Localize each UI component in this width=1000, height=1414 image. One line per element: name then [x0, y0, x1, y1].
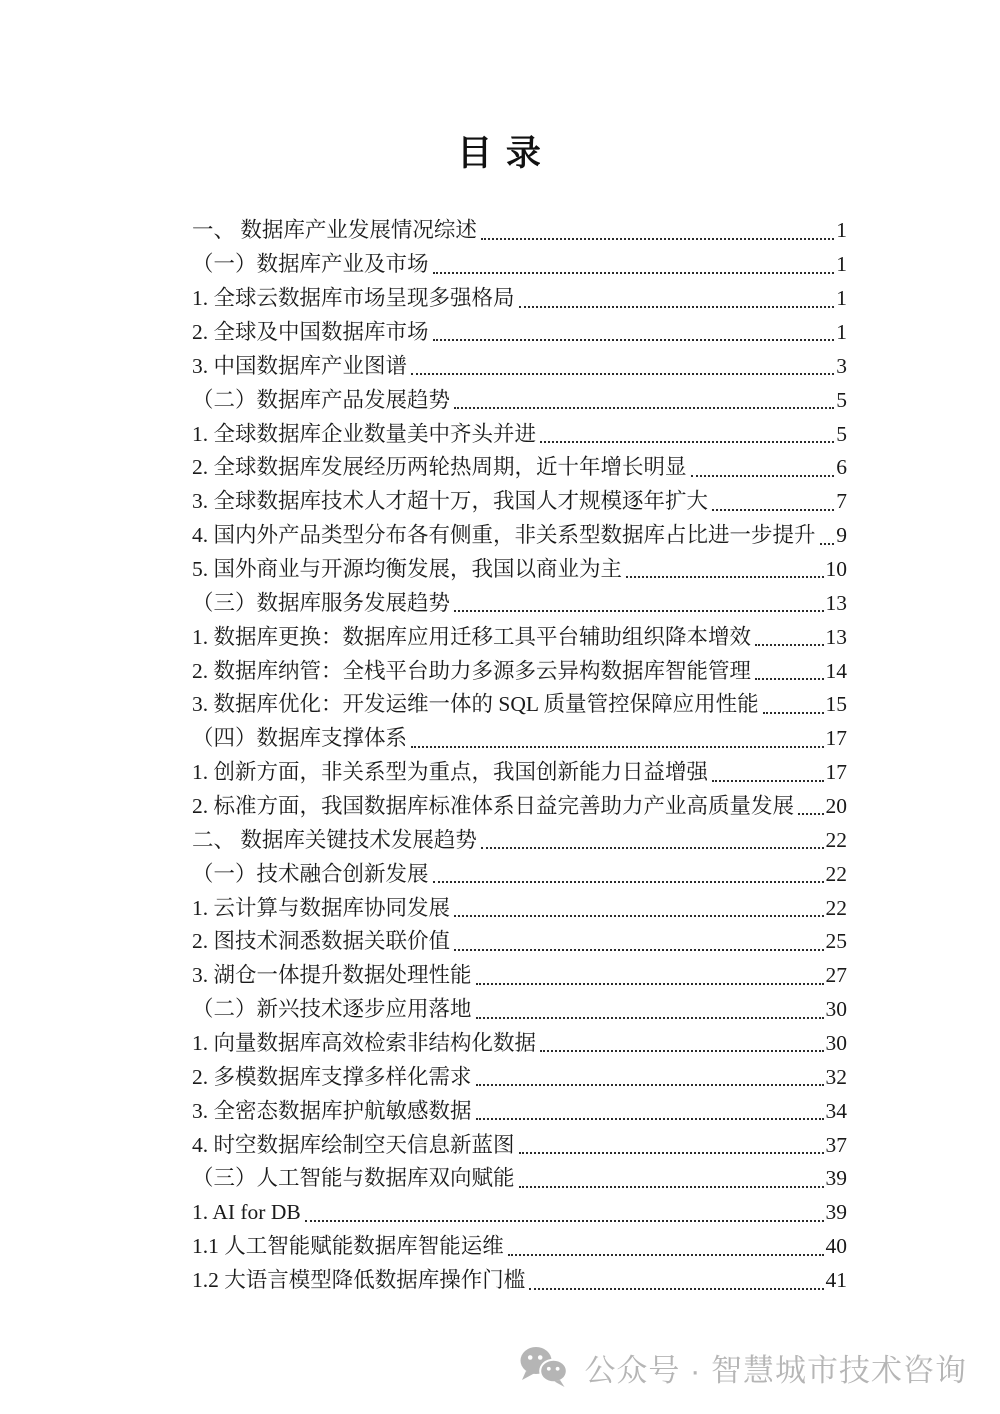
toc-entry-leader — [712, 780, 823, 782]
toc-entry-leader — [454, 407, 834, 409]
toc-entry-label: （三）人工智能与数据库双向赋能 — [192, 1168, 515, 1190]
toc-entry[interactable]: 2. 全球数据库发展经历两轮热周期，近十年增长明显 6 — [192, 450, 847, 484]
toc-entry-page: 17 — [826, 762, 848, 784]
toc-entry[interactable]: （一）技术融合创新发展 22 — [192, 856, 847, 890]
toc-entry-page: 3 — [836, 356, 847, 378]
toc-entry-page: 14 — [826, 661, 848, 683]
toc-entry[interactable]: 1. 创新方面，非关系型为重点，我国创新能力日益增强 17 — [192, 755, 847, 789]
toc-entry-label: 1.2 大语言模型降低数据库操作门槛 — [192, 1270, 525, 1292]
toc-entry-page: 27 — [826, 965, 848, 987]
toc-entry-label: 1. 创新方面，非关系型为重点，我国创新能力日益增强 — [192, 762, 708, 784]
toc-entry[interactable]: 2. 标准方面，我国数据库标准体系日益完善助力产业高质量发展 20 — [192, 789, 847, 823]
toc-entry-leader — [454, 949, 823, 951]
toc-entry-label: 4. 国内外产品类型分布各有侧重，非关系型数据库占比进一步提升 — [192, 525, 816, 547]
toc-entry-page: 37 — [826, 1135, 848, 1157]
toc-entry[interactable]: 2. 多模数据库支撑多样化需求 32 — [192, 1059, 847, 1093]
toc-entry[interactable]: （三）数据库服务发展趋势 13 — [192, 585, 847, 619]
toc-entry-page: 10 — [826, 559, 848, 581]
toc-entry-leader — [454, 610, 823, 612]
toc-entry[interactable]: 1. 云计算与数据库协同发展 22 — [192, 890, 847, 924]
toc-entry-label: 1. 全球云数据库市场呈现多强格局 — [192, 288, 515, 310]
watermark: 公众号 · 智慧城市技术咨询 — [516, 1344, 967, 1390]
toc-entry[interactable]: （三）人工智能与数据库双向赋能 39 — [192, 1161, 847, 1195]
toc-entry-label: （一）数据库产业及市场 — [192, 254, 429, 276]
toc-entry-page: 39 — [826, 1168, 848, 1190]
toc-entry-leader — [433, 339, 835, 341]
toc-entry-page: 30 — [826, 999, 848, 1021]
toc-entry-page: 1 — [836, 254, 847, 276]
toc-entry-label: 1. 向量数据库高效检索非结构化数据 — [192, 1033, 536, 1055]
toc-entry-label: 3. 湖仓一体提升数据处理性能 — [192, 965, 472, 987]
toc-entry-leader — [476, 1017, 824, 1019]
toc-entry-label: 1. 全球数据库企业数量美中齐头并进 — [192, 424, 536, 446]
toc-entry-label: 5. 国外商业与开源均衡发展，我国以商业为主 — [192, 559, 622, 581]
toc-entry-page: 34 — [826, 1101, 848, 1123]
toc-entry-leader — [540, 441, 834, 443]
toc-entry[interactable]: 3. 全球数据库技术人才超十万，我国人才规模逐年扩大 7 — [192, 484, 847, 518]
toc-entry-leader — [481, 847, 824, 849]
toc-entry[interactable]: 1.2 大语言模型降低数据库操作门槛 41 — [192, 1263, 847, 1297]
toc-entry-label: 2. 数据库纳管：全栈平台助力多源多云异构数据库智能管理 — [192, 661, 751, 683]
toc-entry-leader — [454, 915, 823, 917]
toc-entry-leader — [529, 1288, 823, 1290]
toc-entry-page: 7 — [836, 491, 847, 513]
page-title: 目 录 — [0, 126, 1000, 176]
toc-entry-leader — [411, 746, 823, 748]
toc-entry-label: 2. 图技术洞悉数据关联价值 — [192, 931, 450, 953]
toc-entry-label: 3. 数据库优化：开发运维一体的 SQL 质量管控保障应用性能 — [192, 694, 759, 716]
toc-entry-leader — [755, 678, 823, 680]
wechat-icon — [516, 1344, 572, 1390]
toc-entry-leader — [476, 983, 824, 985]
toc-entry-page: 30 — [826, 1033, 848, 1055]
toc-entry-page: 1 — [836, 288, 847, 310]
toc-entry-leader — [508, 1254, 824, 1256]
toc-entry-label: 二、 数据库关键技术发展趋势 — [192, 830, 477, 852]
toc-entry-page: 13 — [826, 593, 848, 615]
toc-entry[interactable]: （二）新兴技术逐步应用落地 30 — [192, 992, 847, 1026]
toc-entry-label: 1. 云计算与数据库协同发展 — [192, 898, 450, 920]
toc-entry-leader — [305, 1220, 824, 1222]
toc-entry-leader — [519, 306, 835, 308]
toc-entry[interactable]: 1.1 人工智能赋能数据库智能运维 40 — [192, 1229, 847, 1263]
toc-entry-label: 3. 全球数据库技术人才超十万，我国人才规模逐年扩大 — [192, 491, 708, 513]
toc-entry-leader — [433, 881, 824, 883]
toc-entry-label: （三）数据库服务发展趋势 — [192, 593, 450, 615]
toc-entry[interactable]: 5. 国外商业与开源均衡发展，我国以商业为主 10 — [192, 552, 847, 586]
toc-entry-page: 17 — [826, 728, 848, 750]
toc-entry-leader — [476, 1118, 824, 1120]
toc-entry[interactable]: 3. 中国数据库产业图谱 3 — [192, 348, 847, 382]
toc-entry[interactable]: （一）数据库产业及市场 1 — [192, 247, 847, 281]
toc-entry-leader — [519, 1186, 824, 1188]
toc-entry-page: 32 — [826, 1067, 848, 1089]
toc-entry-leader — [476, 1084, 824, 1086]
toc-entry-page: 9 — [836, 525, 847, 547]
toc-entry-page: 5 — [836, 424, 847, 446]
toc-entry-label: 1. 数据库更换：数据库应用迁移工具平台辅助组织降本增效 — [192, 627, 751, 649]
toc-entry[interactable]: 3. 全密态数据库护航敏感数据 34 — [192, 1093, 847, 1127]
toc-entry-label: 4. 时空数据库绘制空天信息新蓝图 — [192, 1135, 515, 1157]
toc-entry[interactable]: 2. 图技术洞悉数据关联价值 25 — [192, 924, 847, 958]
toc-entry[interactable]: 二、 数据库关键技术发展趋势 22 — [192, 822, 847, 856]
toc-entry[interactable]: 3. 数据库优化：开发运维一体的 SQL 质量管控保障应用性能 15 — [192, 687, 847, 721]
toc-entry[interactable]: （四）数据库支撑体系 17 — [192, 721, 847, 755]
toc-entry[interactable]: 4. 国内外产品类型分布各有侧重，非关系型数据库占比进一步提升 9 — [192, 518, 847, 552]
toc-list: 一、 数据库产业发展情况综述 1 （一）数据库产业及市场 1 1. 全球云数据库… — [192, 213, 847, 1297]
toc-entry[interactable]: 1. AI for DB 39 — [192, 1195, 847, 1229]
toc-entry-leader — [433, 272, 835, 274]
toc-entry-label: （四）数据库支撑体系 — [192, 728, 407, 750]
toc-entry-page: 25 — [826, 931, 848, 953]
toc-entry-page: 1 — [836, 322, 847, 344]
toc-entry-label: 2. 全球数据库发展经历两轮热周期，近十年增长明显 — [192, 457, 687, 479]
toc-entry-leader — [481, 238, 834, 240]
toc-entry-page: 39 — [826, 1202, 848, 1224]
toc-page: { "title": "目 录", "colors": { "text": "#… — [0, 0, 1000, 1414]
toc-entry-page: 5 — [836, 390, 847, 412]
toc-entry-leader — [691, 475, 835, 477]
toc-entry-page: 6 — [836, 457, 847, 479]
toc-entry-page: 22 — [826, 864, 848, 886]
toc-entry-label: （二）新兴技术逐步应用落地 — [192, 999, 472, 1021]
toc-entry-label: （一）技术融合创新发展 — [192, 864, 429, 886]
toc-entry-page: 20 — [826, 796, 848, 818]
toc-entry-page: 22 — [826, 898, 848, 920]
toc-entry-page: 13 — [826, 627, 848, 649]
toc-entry[interactable]: 2. 数据库纳管：全栈平台助力多源多云异构数据库智能管理 14 — [192, 653, 847, 687]
toc-entry-leader — [755, 644, 823, 646]
toc-entry-label: 2. 全球及中国数据库市场 — [192, 322, 429, 344]
toc-entry-leader — [626, 576, 823, 578]
toc-entry-page: 22 — [826, 830, 848, 852]
toc-entry-label: 一、 数据库产业发展情况综述 — [192, 220, 477, 242]
toc-entry[interactable]: （二）数据库产品发展趋势 5 — [192, 382, 847, 416]
toc-entry-leader — [519, 1152, 824, 1154]
toc-entry[interactable]: 一、 数据库产业发展情况综述 1 — [192, 213, 847, 247]
toc-entry-page: 41 — [826, 1270, 848, 1292]
toc-entry-leader — [798, 813, 823, 815]
toc-entry-leader — [411, 373, 834, 375]
toc-entry-page: 1 — [836, 220, 847, 242]
toc-entry-page: 40 — [826, 1236, 848, 1258]
toc-entry[interactable]: 3. 湖仓一体提升数据处理性能 27 — [192, 958, 847, 992]
watermark-text: 公众号 · 智慧城市技术咨询 — [584, 1345, 967, 1390]
toc-entry[interactable]: 1. 向量数据库高效检索非结构化数据 30 — [192, 1026, 847, 1060]
toc-entry-leader — [540, 1050, 823, 1052]
toc-entry-label: 3. 中国数据库产业图谱 — [192, 356, 407, 378]
toc-entry-leader — [820, 543, 835, 545]
toc-entry-label: 2. 标准方面，我国数据库标准体系日益完善助力产业高质量发展 — [192, 796, 794, 818]
toc-entry-leader — [763, 712, 824, 714]
toc-entry[interactable]: 1. 数据库更换：数据库应用迁移工具平台辅助组织降本增效 13 — [192, 619, 847, 653]
toc-entry[interactable]: 1. 全球数据库企业数量美中齐头并进 5 — [192, 416, 847, 450]
toc-entry-page: 15 — [826, 694, 848, 716]
toc-entry-label: （二）数据库产品发展趋势 — [192, 390, 450, 412]
toc-entry-label: 2. 多模数据库支撑多样化需求 — [192, 1067, 472, 1089]
toc-entry-leader — [712, 509, 834, 511]
toc-entry-label: 1.1 人工智能赋能数据库智能运维 — [192, 1236, 504, 1258]
toc-entry[interactable]: 1. 全球云数据库市场呈现多强格局 1 — [192, 281, 847, 315]
toc-entry-label: 3. 全密态数据库护航敏感数据 — [192, 1101, 472, 1123]
toc-entry-label: 1. AI for DB — [192, 1202, 301, 1224]
toc-entry[interactable]: 4. 时空数据库绘制空天信息新蓝图 37 — [192, 1127, 847, 1161]
toc-entry[interactable]: 2. 全球及中国数据库市场 1 — [192, 315, 847, 349]
